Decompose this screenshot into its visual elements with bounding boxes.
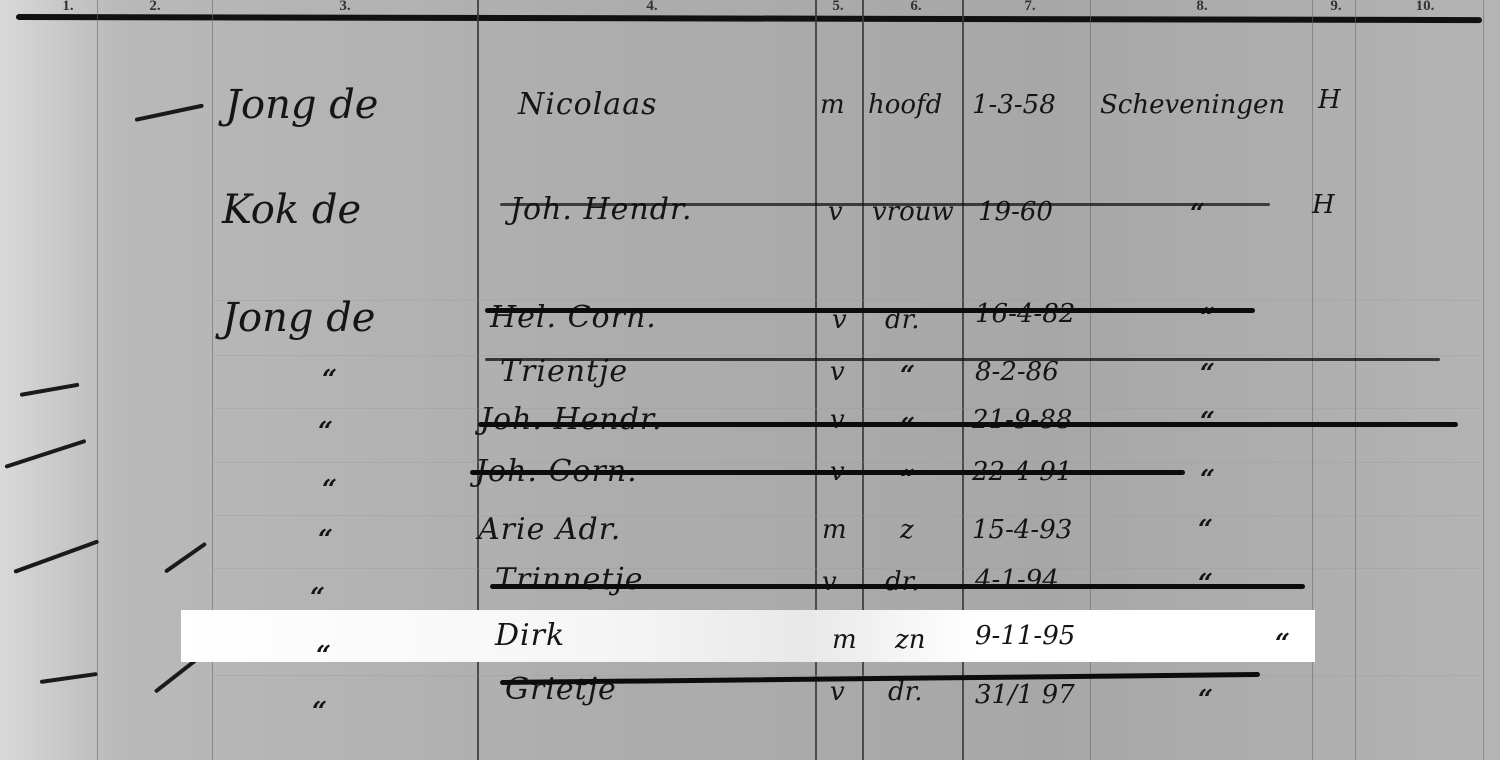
margin-mark <box>164 542 207 574</box>
margin-mark <box>4 439 86 469</box>
surname-ditto: “ <box>316 643 331 669</box>
margin-mark <box>40 672 98 684</box>
surname-ditto: “ <box>318 419 333 445</box>
sex-cell: m <box>820 92 845 118</box>
birth-date-cell: 8-2-86 <box>975 359 1059 385</box>
surname-ditto: “ <box>322 477 337 503</box>
column-number-6: 6. <box>910 0 921 15</box>
column-number-4: 4. <box>646 0 657 15</box>
margin-mark <box>20 383 80 397</box>
birth-date-cell: 21-9-88 <box>972 407 1072 433</box>
birthplace-cell: “ <box>1198 517 1213 543</box>
birth-date-cell: 15-4-93 <box>972 517 1072 543</box>
birth-date-cell: 9-11-95 <box>975 623 1075 649</box>
margin-mark <box>13 539 99 574</box>
register-page: 1. 2. 3. 4. 5. 6. 7. 8. 9. 10. Jong de N… <box>0 0 1500 760</box>
surname-cell: Jong de <box>222 298 375 338</box>
sex-cell: v <box>822 569 837 595</box>
given-name-cell: Trinnetje <box>495 565 643 595</box>
margin-mark <box>135 103 204 121</box>
surname-cell: Jong de <box>225 85 378 125</box>
given-name-cell: Arie Adr. <box>478 515 621 545</box>
ruling-line <box>212 462 1480 463</box>
strikethrough <box>485 308 1255 313</box>
column-number-8: 8. <box>1196 0 1207 15</box>
given-name-cell: Joh. Hendr. <box>480 405 663 435</box>
birth-date-cell: 4-1-94 <box>975 567 1059 593</box>
relation-cell: “ <box>900 363 915 389</box>
sex-cell: v <box>830 407 845 433</box>
column-number-10: 10. <box>1416 0 1435 15</box>
column-number-7: 7. <box>1024 0 1035 15</box>
surname-ditto: “ <box>318 527 333 553</box>
col9-cell: H <box>1312 192 1335 218</box>
col9-cell: H <box>1318 87 1341 113</box>
column-number-5: 5. <box>832 0 843 15</box>
column-number-1: 1. <box>62 0 73 15</box>
surname-ditto: “ <box>312 699 327 725</box>
birthplace-cell: Scheveningen <box>1100 92 1285 118</box>
birthplace-cell: “ <box>1200 467 1215 493</box>
strikethrough <box>500 203 1270 206</box>
sex-cell: v <box>830 679 845 705</box>
surname-ditto: “ <box>310 585 325 611</box>
column-number-3: 3. <box>339 0 350 15</box>
sex-cell: m <box>832 627 857 653</box>
strikethrough <box>485 358 1440 361</box>
relation-cell: dr. <box>885 569 919 595</box>
given-name-cell: Trientje <box>500 357 628 387</box>
relation-cell: z <box>900 517 914 543</box>
strikethrough <box>478 422 1458 427</box>
column-number-9: 9. <box>1330 0 1341 15</box>
sex-cell: v <box>830 359 845 385</box>
given-name-cell: Nicolaas <box>518 90 657 120</box>
surname-ditto: “ <box>322 367 337 393</box>
column-divider <box>1355 0 1356 760</box>
ruling-line <box>212 568 1480 569</box>
birthplace-cell: “ <box>1198 687 1213 713</box>
highlight-band <box>181 610 1315 662</box>
given-name-cell: Joh. Hendr. <box>510 195 693 225</box>
given-name-cell: Dirk <box>495 621 565 651</box>
birthplace-cell: “ <box>1200 361 1215 387</box>
sex-cell: m <box>822 517 847 543</box>
surname-cell: Kok de <box>222 190 361 230</box>
strikethrough <box>490 584 1305 589</box>
strikethrough <box>470 470 1185 475</box>
birth-date-cell: 1-3-58 <box>972 92 1056 118</box>
ruling-line <box>212 355 1480 356</box>
column-number-2: 2. <box>149 0 160 15</box>
header-rule <box>16 14 1482 23</box>
column-divider <box>97 0 98 760</box>
relation-cell: hoofd <box>868 92 942 118</box>
ruling-line <box>212 408 1480 409</box>
ruling-line <box>212 300 1480 301</box>
relation-cell: zn <box>895 627 925 653</box>
birth-date-cell: 31/1 97 <box>975 682 1075 708</box>
relation-cell: “ <box>900 415 915 441</box>
birth-date-cell: 16-4-82 <box>975 301 1075 327</box>
column-divider <box>1483 0 1484 760</box>
relation-cell: dr. <box>888 679 922 705</box>
birthplace-cell: “ <box>1275 631 1290 657</box>
